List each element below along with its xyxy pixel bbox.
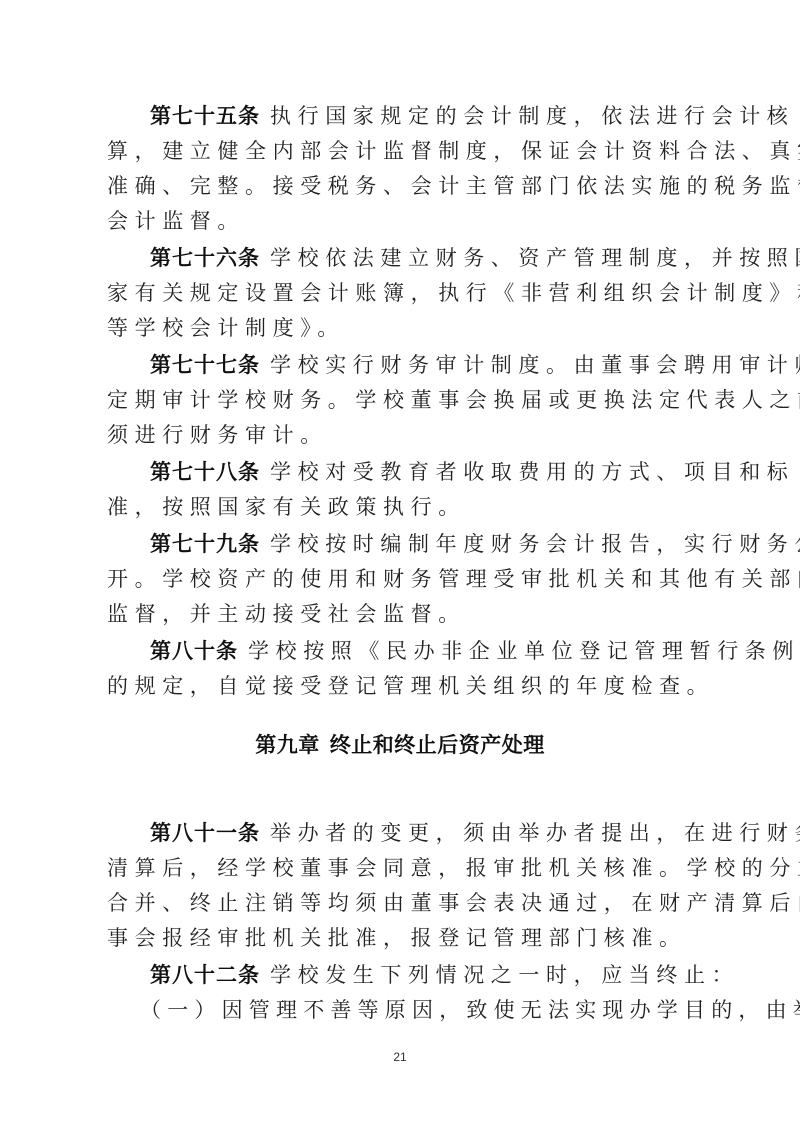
chapter-heading: 第九章终止和终止后资产处理 — [0, 728, 800, 763]
article-75-text: 执行国家规定的会计制度，依法进行会计核 — [270, 104, 794, 128]
article-79-line-2: 开。学校资产的使用和财务管理受审批机关和其他有关部门的 — [107, 562, 697, 597]
article-81-line-1: 第八十一条举办者的变更，须由举办者提出，在进行财务 — [150, 816, 740, 851]
article-76-line-2: 家有关规定设置会计账簿，执行《非营利组织会计制度》和《高 — [107, 276, 697, 311]
article-77-line-1: 第七十七条学校实行财务审计制度。由董事会聘用审计师 — [150, 348, 740, 383]
article-81-line-4: 事会报经审批机关批准，报登记管理部门核准。 — [107, 921, 697, 956]
article-80-text: 学校按照《民办非企业单位登记管理暂行条例》 — [248, 639, 800, 663]
chapter-title: 终止和终止后资产处理 — [330, 733, 545, 757]
article-77-line-2: 定期审计学校财务。学校董事会换届或更换法定代表人之前必 — [107, 383, 697, 418]
article-80-title: 第八十条 — [150, 639, 238, 663]
article-80-line-2: 的规定，自觉接受登记管理机关组织的年度检查。 — [107, 669, 697, 704]
article-75-line-3: 准确、完整。接受税务、会计主管部门依法实施的税务监督和 — [107, 169, 697, 204]
article-75-line-4: 会计监督。 — [107, 204, 697, 239]
article-77-title: 第七十七条 — [150, 353, 260, 377]
chapter-number: 第九章 — [255, 733, 320, 757]
article-79-text: 学校按时编制年度财务会计报告，实行财务公 — [270, 532, 800, 556]
article-82-title: 第八十二条 — [150, 963, 260, 987]
article-79-line-1: 第七十九条学校按时编制年度财务会计报告，实行财务公 — [150, 527, 740, 562]
article-81-line-2: 清算后，经学校董事会同意，报审批机关核准。学校的分立、 — [107, 851, 697, 886]
article-78-line-1: 第七十八条学校对受教育者收取费用的方式、项目和标 — [150, 455, 740, 490]
article-81-line-3: 合并、终止注销等均须由董事会表决通过，在财产清算后由董 — [107, 886, 697, 921]
article-79-line-3: 监督，并主动接受社会监督。 — [107, 597, 697, 632]
article-78-title: 第七十八条 — [150, 460, 260, 484]
article-80-line-1: 第八十条学校按照《民办非企业单位登记管理暂行条例》 — [150, 634, 740, 669]
page-number: 21 — [0, 1047, 800, 1067]
article-81-title: 第八十一条 — [150, 821, 260, 845]
article-82-text: 学校发生下列情况之一时，应当终止： — [270, 963, 739, 987]
article-79-title: 第七十九条 — [150, 532, 260, 556]
article-75-line-2: 算，建立健全内部会计监督制度，保证会计资料合法、真实、 — [107, 134, 697, 169]
article-78-line-2: 准，按照国家有关政策执行。 — [107, 490, 697, 525]
document-page: 第七十五条执行国家规定的会计制度，依法进行会计核 算，建立健全内部会计监督制度，… — [0, 0, 800, 1131]
article-76-line-1: 第七十六条学校依法建立财务、资产管理制度，并按照国 — [150, 241, 740, 276]
article-78-text: 学校对受教育者收取费用的方式、项目和标 — [270, 460, 794, 484]
article-81-text: 举办者的变更，须由举办者提出，在进行财务 — [270, 821, 800, 845]
list-item-1: （一）因管理不善等原因，致使无法实现办学目的，由举 — [140, 993, 730, 1028]
article-76-line-3: 等学校会计制度》。 — [107, 311, 697, 346]
article-82-line-1: 第八十二条学校发生下列情况之一时，应当终止： — [150, 958, 740, 993]
article-77-line-3: 须进行财务审计。 — [107, 418, 697, 453]
article-76-title: 第七十六条 — [150, 246, 260, 270]
article-76-text: 学校依法建立财务、资产管理制度，并按照国 — [270, 246, 800, 270]
article-75-title: 第七十五条 — [150, 104, 260, 128]
article-75-line-1: 第七十五条执行国家规定的会计制度，依法进行会计核 — [150, 99, 740, 134]
article-77-text: 学校实行财务审计制度。由董事会聘用审计师 — [270, 353, 800, 377]
